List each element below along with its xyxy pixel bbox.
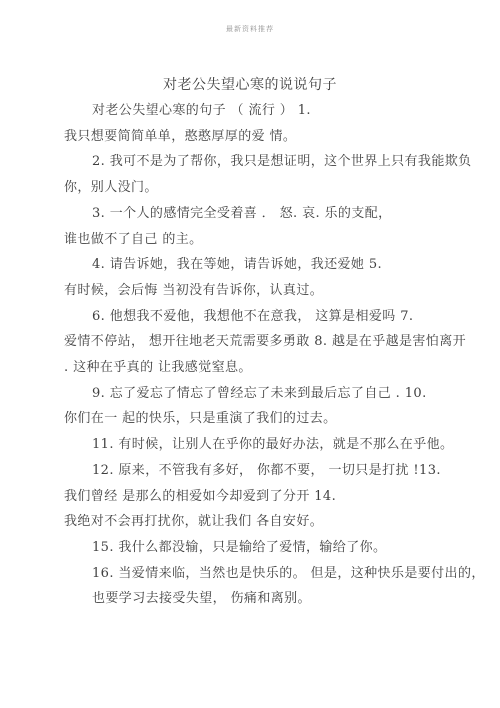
text-line: 2. 我可不是为了帮你，我只是想证明，这个世界上只有我能欺负 — [64, 149, 470, 175]
text-line: 15. 我什么都没输，只是输给了爱情，输给了你。 — [64, 535, 470, 561]
header-note: 最新资料推荐 — [0, 24, 500, 34]
text-line: 9. 忘了爱忘了情忘了曾经忘了未来到最后忘了自己 . 10. — [64, 381, 470, 407]
text-line: 爱情不停站， 想开往地老天荒需要多勇敢 8. 越是在乎越是害怕离开 — [64, 329, 470, 355]
text-line: 我绝对不会再打扰你，就让我们 各自安好。 — [64, 509, 470, 535]
text-line: 谁也做不了自己 的主。 — [64, 227, 470, 253]
document-body: 对老公失望心寒的句子 （ 流行 ） 1.我只想要简简单单，憨憨厚厚的爱 情。2.… — [64, 98, 470, 612]
text-line: 我只想要简简单单，憨憨厚厚的爱 情。 — [64, 124, 470, 150]
text-line: . 这种在乎真的 让我感觉窒息。 — [64, 355, 470, 381]
document-page: 最新资料推荐 对老公失望心寒的说说句子 对老公失望心寒的句子 （ 流行 ） 1.… — [0, 0, 500, 708]
page-title: 对老公失望心寒的说说句子 — [0, 74, 500, 94]
text-line: 6. 他想我不爱他，我想他不在意我， 这算是相爱吗 7. — [64, 304, 470, 330]
text-line: 11. 有时候，让别人在乎你的最好办法，就是不那么在乎他。 — [64, 432, 470, 458]
text-line: 你们在一 起的快乐，只是重演了我们的过去。 — [64, 406, 470, 432]
text-line: 3. 一个人的感情完全受着喜 ． 怒. 哀. 乐的支配， — [64, 201, 470, 227]
text-line: 我们曾经 是那么的相爱如今却爱到了分开 14. — [64, 484, 470, 510]
text-line: 16. 当爱情来临，当然也是快乐的。 但是，这种快乐是要付出的， — [64, 561, 470, 587]
text-line: 你，别人没门。 — [64, 175, 470, 201]
text-line: 也要学习去接受失望， 伤痛和离别。 — [64, 586, 470, 612]
text-line: 有时候，会后悔 当初没有告诉你，认真过。 — [64, 278, 470, 304]
text-line: 对老公失望心寒的句子 （ 流行 ） 1. — [64, 98, 470, 124]
text-line: 4. 请告诉她，我在等她，请告诉她，我还爱她 5. — [64, 252, 470, 278]
text-line: 12. 原来，不管我有多好， 你都不要， 一切只是打扰 !13. — [64, 458, 470, 484]
